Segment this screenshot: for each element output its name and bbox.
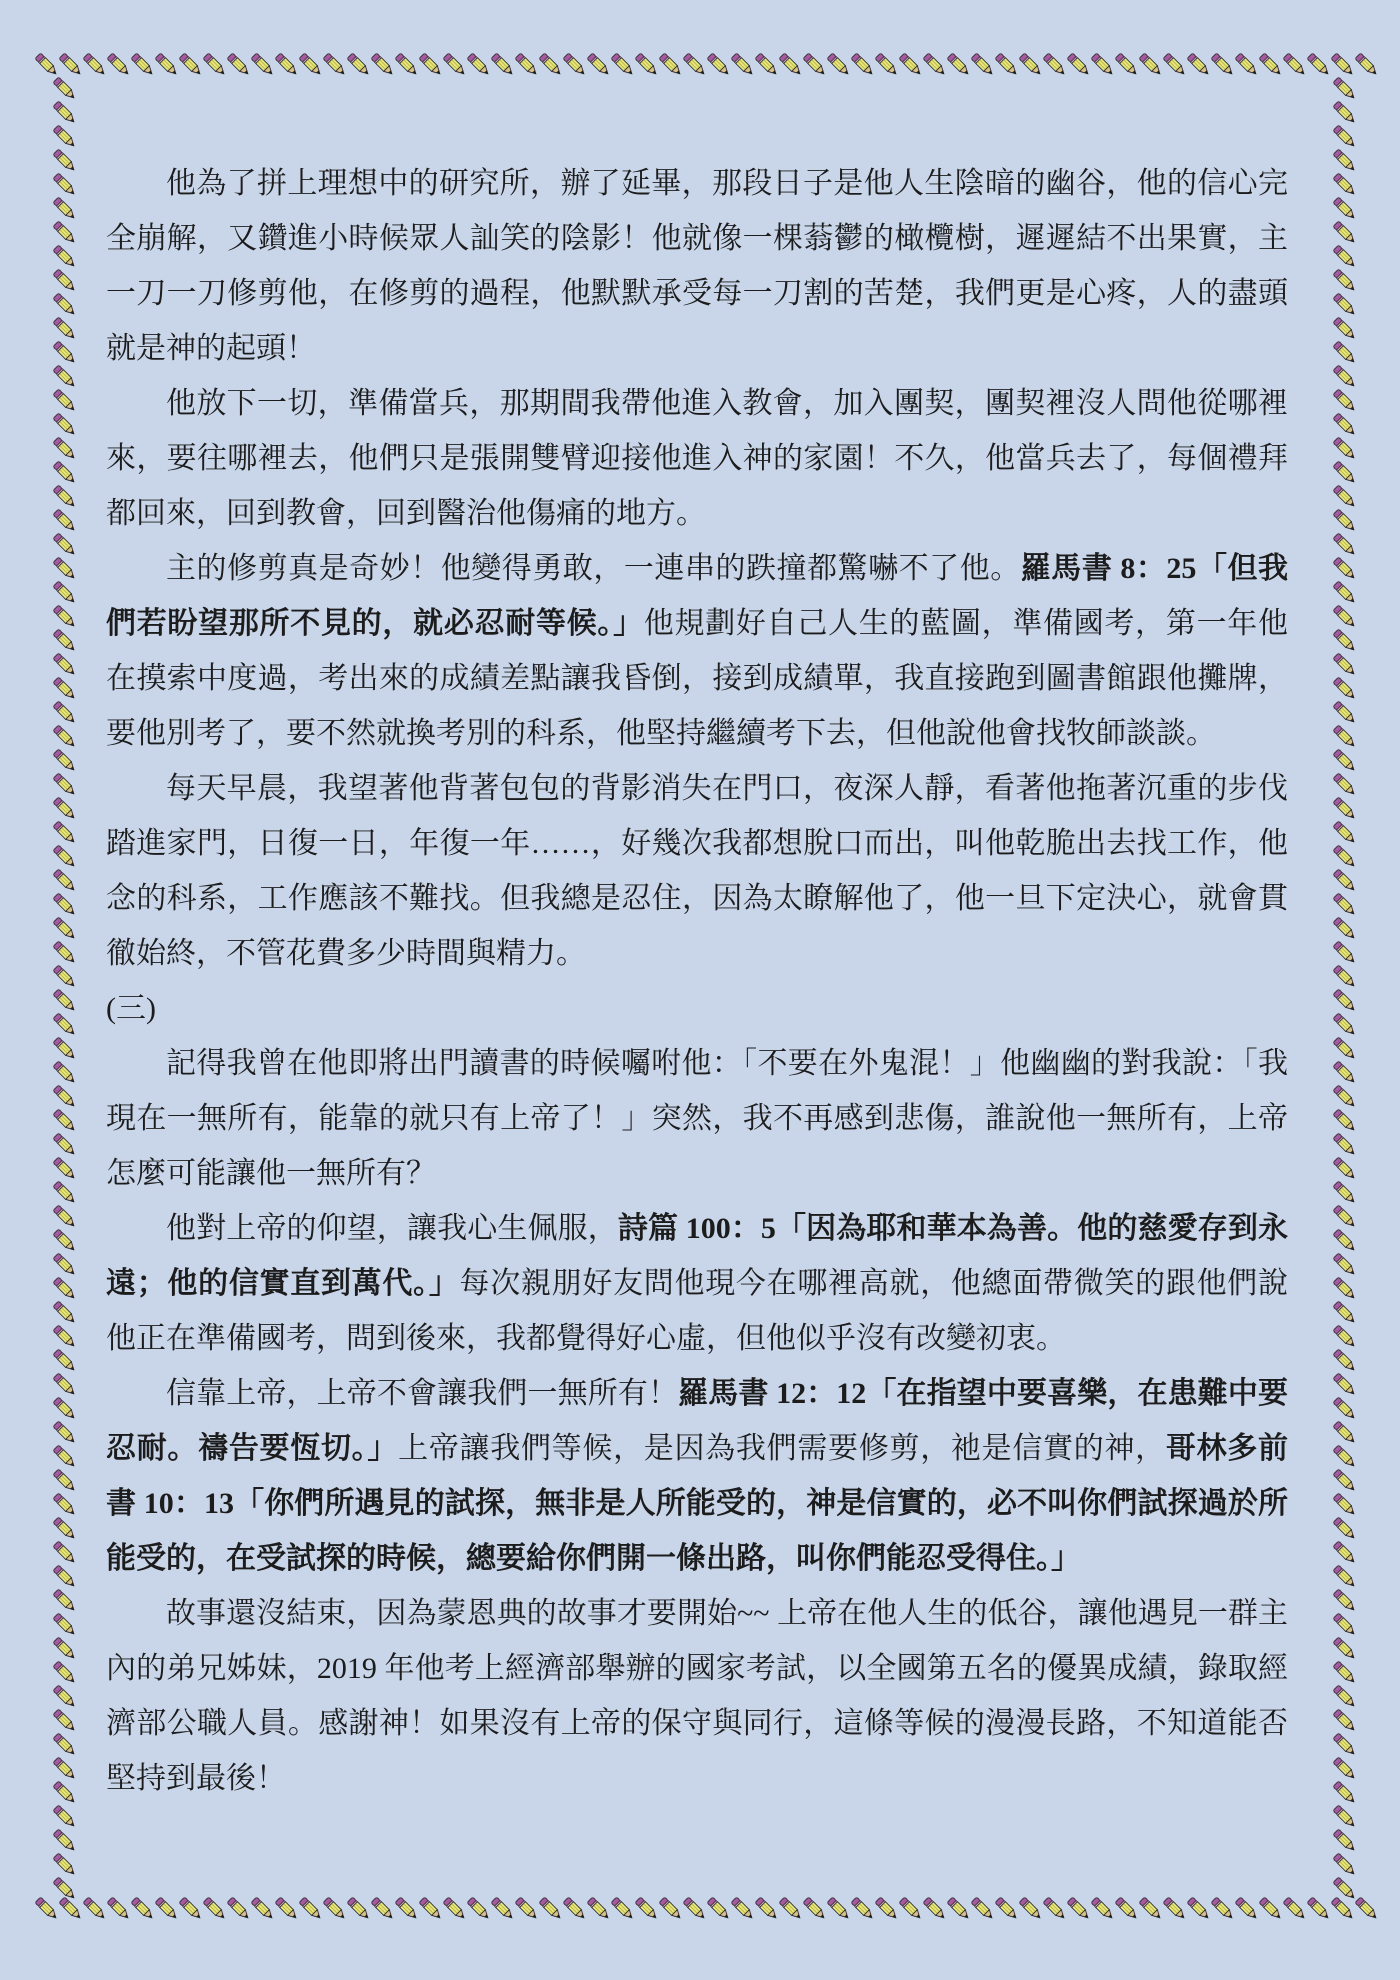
paragraph-exam-plan: 主的修剪真是奇妙！他變得勇敢，一連串的跌撞都驚嚇不了他。羅馬書 8：25「但我們… — [106, 541, 1288, 761]
page: 他為了拼上理想中的研究所，辦了延畢，那段日子是他人生陰暗的幽谷，他的信心完全崩解… — [0, 0, 1400, 1980]
text-run: 記得我曾在他即將出門讀書的時候囑咐他：「不要在外鬼混！」他幽幽的對我說：「我現在… — [106, 1047, 1288, 1190]
paragraph-psalm: 他對上帝的仰望，讓我心生佩服，詩篇 100：5「因為耶和華本為善。他的慈愛存到永… — [106, 1201, 1288, 1366]
text-run: 主的修剪真是奇妙！他變得勇敢，一連串的跌撞都驚嚇不了他。 — [166, 552, 1021, 585]
pencil-icon — [1330, 1874, 1360, 1904]
pencil-border-left — [50, 74, 82, 1904]
pencil-border-top — [32, 50, 1376, 82]
paragraph-army-church: 他放下一切，準備當兵，那期間我帶他進入教會，加入團契，團契裡沒人問他從哪裡來，要… — [106, 376, 1288, 541]
paragraph-nothing-but-god: 記得我曾在他即將出門讀書的時候囑咐他：「不要在外鬼混！」他幽幽的對我說：「我現在… — [106, 1036, 1288, 1201]
text-run: 每天早晨，我望著他背著包包的背影消失在門口，夜深人靜，看著他拖著沉重的步伐踏進家… — [106, 772, 1288, 970]
paragraph-ending-grace: 故事還沒結束，因為蒙恩典的故事才要開始~~ 上帝在他人生的低谷，讓他遇見一群主內… — [106, 1586, 1288, 1806]
document-content: 他為了拼上理想中的研究所，辦了延畢，那段日子是他人生陰暗的幽谷，他的信心完全崩解… — [106, 156, 1288, 1806]
text-run: 故事還沒結束，因為蒙恩典的故事才要開始~~ 上帝在他人生的低谷，讓他遇見一群主內… — [106, 1597, 1288, 1795]
text-run: 他對上帝的仰望，讓我心生佩服， — [166, 1212, 618, 1245]
text-run: 上帝讓我們等候，是因為我們需要修剪，祂是信實的神， — [398, 1432, 1166, 1465]
text-run: (三) — [106, 992, 156, 1025]
pencil-icon — [50, 1874, 80, 1904]
pencil-border-bottom — [32, 1894, 1376, 1926]
text-run: 他放下一切，準備當兵，那期間我帶他進入教會，加入團契，團契裡沒人問他從哪裡來，要… — [106, 387, 1288, 530]
section-marker: (三) — [106, 981, 1288, 1036]
paragraph-pruning: 他為了拼上理想中的研究所，辦了延畢，那段日子是他人生陰暗的幽谷，他的信心完全崩解… — [106, 156, 1288, 376]
text-run: 信靠上帝，上帝不會讓我們一無所有！ — [166, 1377, 678, 1410]
paragraph-daily-waiting: 每天早晨，我望著他背著包包的背影消失在門口，夜深人靜，看著他拖著沉重的步伐踏進家… — [106, 761, 1288, 981]
pencil-border-right — [1330, 74, 1362, 1904]
text-run: 他為了拼上理想中的研究所，辦了延畢，那段日子是他人生陰暗的幽谷，他的信心完全崩解… — [106, 167, 1288, 365]
paragraph-trust-god: 信靠上帝，上帝不會讓我們一無所有！羅馬書 12：12「在指望中要喜樂，在患難中要… — [106, 1366, 1288, 1586]
